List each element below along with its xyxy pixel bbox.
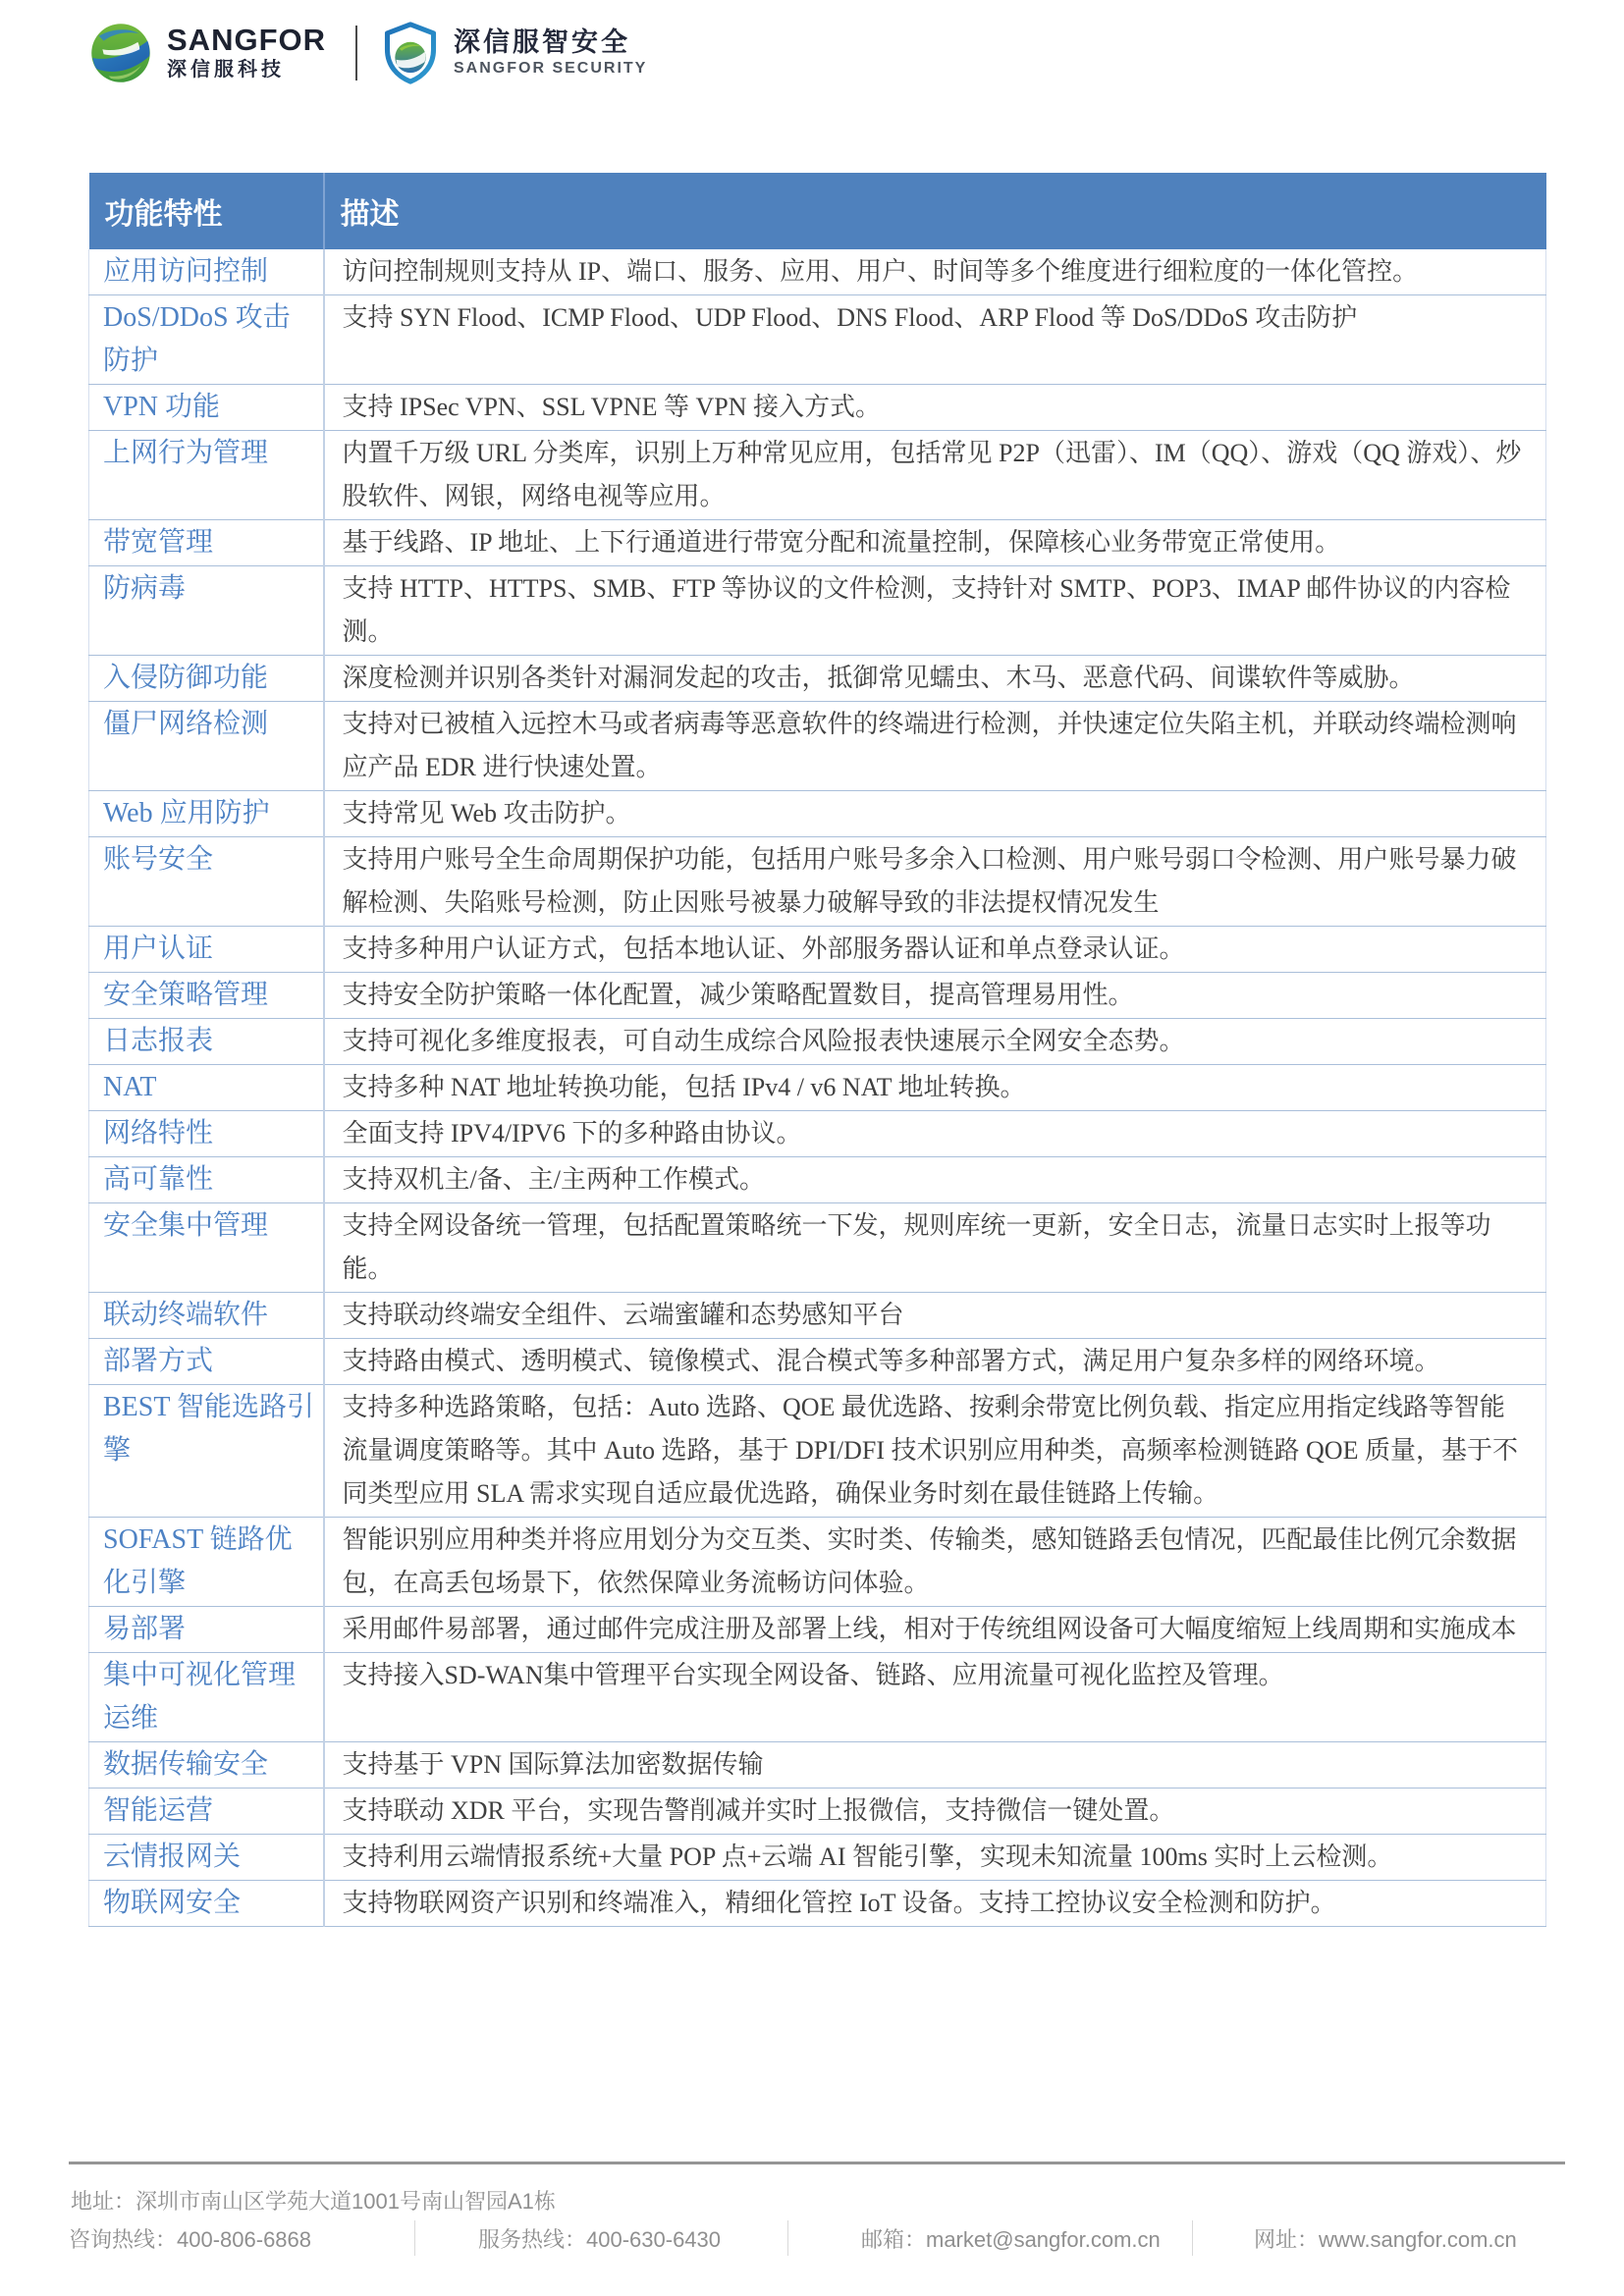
feature-cell: 账号安全: [89, 837, 324, 927]
brand-divider: [355, 26, 357, 80]
description-cell: 支持多种选路策略，包括：Auto 选路、QOE 最优选路、按剩余带宽比例负载、指…: [324, 1385, 1546, 1518]
feature-cell: VPN 功能: [89, 385, 324, 431]
table-row: 集中可视化管理运维 支持接入SD-WAN集中管理平台实现全网设备、链路、应用流量…: [89, 1653, 1546, 1742]
description-cell: 采用邮件易部署，通过邮件完成注册及部署上线，相对于传统组网设备可大幅度缩短上线周…: [324, 1607, 1546, 1653]
contact-hotline: 咨询热线：400-806-6868: [69, 2220, 415, 2256]
table-row: 云情报网关 支持利用云端情报系统+大量 POP 点+云端 AI 智能引擎，实现未…: [89, 1835, 1546, 1881]
contact-service-hotline: 服务热线：400-630-6430: [415, 2220, 788, 2256]
feature-cell: 防病毒: [89, 566, 324, 656]
sangfor-wordmark-block: SANGFOR 深信服科技: [167, 24, 326, 82]
description-cell: 支持安全防护策略一体化配置，减少策略配置数目，提高管理易用性。: [324, 973, 1546, 1019]
table-row: Web 应用防护 支持常见 Web 攻击防护。: [89, 791, 1546, 837]
feature-cell: 高可靠性: [89, 1157, 324, 1203]
table-row: 入侵防御功能 深度检测并识别各类针对漏洞发起的攻击，抵御常见蠕虫、木马、恶意代码…: [89, 656, 1546, 702]
description-cell: 支持可视化多维度报表，可自动生成综合风险报表快速展示全网安全态势。: [324, 1019, 1546, 1065]
description-cell: 智能识别应用种类并将应用划分为交互类、实时类、传输类，感知链路丢包情况，匹配最佳…: [324, 1518, 1546, 1607]
table-row: 安全策略管理 支持安全防护策略一体化配置，减少策略配置数目，提高管理易用性。: [89, 973, 1546, 1019]
table-row: 易部署 采用邮件易部署，通过邮件完成注册及部署上线，相对于传统组网设备可大幅度缩…: [89, 1607, 1546, 1653]
description-cell: 访问控制规则支持从 IP、端口、服务、应用、用户、时间等多个维度进行细粒度的一体…: [324, 249, 1546, 295]
description-cell: 内置千万级 URL 分类库，识别上万种常见应用，包括常见 P2P（迅雷）、IM（…: [324, 431, 1546, 520]
feature-cell: 数据传输安全: [89, 1742, 324, 1789]
footer-divider: [69, 2162, 1565, 2164]
feature-cell: 部署方式: [89, 1339, 324, 1385]
description-cell: 支持基于 VPN 国际算法加密数据传输: [324, 1742, 1546, 1789]
table-header-row: 功能特性 描述: [89, 173, 1546, 249]
feature-cell: 物联网安全: [89, 1881, 324, 1927]
contact-website: 网址：www.sangfor.com.cn: [1193, 2220, 1565, 2256]
table-row: 用户认证 支持多种用户认证方式，包括本地认证、外部服务器认证和单点登录认证。: [89, 927, 1546, 973]
table-row: 高可靠性 支持双机主/备、主/主两种工作模式。: [89, 1157, 1546, 1203]
description-cell: 支持物联网资产识别和终端准入，精细化管控 IoT 设备。支持工控协议安全检测和防…: [324, 1881, 1546, 1927]
description-cell: 支持对已被植入远控木马或者病毒等恶意软件的终端进行检测，并快速定位失陷主机，并联…: [324, 702, 1546, 791]
brand-header: SANGFOR 深信服科技 深信服智安全: [90, 22, 647, 84]
table-row: 僵尸网络检测 支持对已被植入远控木马或者病毒等恶意软件的终端进行检测，并快速定位…: [89, 702, 1546, 791]
feature-cell: 日志报表: [89, 1019, 324, 1065]
datasheet-page: SANGFOR 深信服科技 深信服智安全: [0, 0, 1624, 2296]
feature-cell: 智能运营: [89, 1789, 324, 1835]
footer-contacts: 咨询热线：400-806-6868 服务热线：400-630-6430 邮箱：m…: [69, 2220, 1565, 2256]
description-cell: 支持利用云端情报系统+大量 POP 点+云端 AI 智能引擎，实现未知流量 10…: [324, 1835, 1546, 1881]
sangfor-company-cn: 深信服科技: [167, 57, 326, 82]
security-name-cn: 深信服智安全: [454, 27, 647, 58]
description-cell: 基于线路、IP 地址、上下行通道进行带宽分配和流量控制，保障核心业务带宽正常使用…: [324, 520, 1546, 566]
security-wordmark-block: 深信服智安全 SANGFOR SECURITY: [454, 27, 647, 80]
feature-cell: 云情报网关: [89, 1835, 324, 1881]
feature-cell: 入侵防御功能: [89, 656, 324, 702]
feature-cell: NAT: [89, 1065, 324, 1111]
feature-cell: 应用访问控制: [89, 249, 324, 295]
footer-address: 地址：深圳市南山区学苑大道1001号南山智园A1栋: [71, 2185, 556, 2216]
sangfor-globe-icon: [90, 23, 151, 83]
table-row: VPN 功能 支持 IPSec VPN、SSL VPNE 等 VPN 接入方式。: [89, 385, 1546, 431]
table-row: 联动终端软件 支持联动终端安全组件、云端蜜罐和态势感知平台: [89, 1293, 1546, 1339]
table-row: 数据传输安全 支持基于 VPN 国际算法加密数据传输: [89, 1742, 1546, 1789]
table-header-description: 描述: [324, 173, 1546, 249]
feature-cell: 联动终端软件: [89, 1293, 324, 1339]
description-cell: 深度检测并识别各类针对漏洞发起的攻击，抵御常见蠕虫、木马、恶意代码、间谍软件等威…: [324, 656, 1546, 702]
table-row: 智能运营 支持联动 XDR 平台，实现告警削减并实时上报微信，支持微信一键处置。: [89, 1789, 1546, 1835]
description-cell: 支持常见 Web 攻击防护。: [324, 791, 1546, 837]
security-shield-icon: [383, 22, 438, 84]
feature-cell: 僵尸网络检测: [89, 702, 324, 791]
feature-cell: 上网行为管理: [89, 431, 324, 520]
description-cell: 支持 IPSec VPN、SSL VPNE 等 VPN 接入方式。: [324, 385, 1546, 431]
description-cell: 支持多种 NAT 地址转换功能，包括 IPv4 / v6 NAT 地址转换。: [324, 1065, 1546, 1111]
description-cell: 支持联动终端安全组件、云端蜜罐和态势感知平台: [324, 1293, 1546, 1339]
features-table: 功能特性 描述 应用访问控制 访问控制规则支持从 IP、端口、服务、应用、用户、…: [88, 173, 1546, 1927]
table-row: 防病毒 支持 HTTP、HTTPS、SMB、FTP 等协议的文件检测，支持针对 …: [89, 566, 1546, 656]
description-cell: 支持 SYN Flood、ICMP Flood、UDP Flood、DNS Fl…: [324, 295, 1546, 385]
contact-email: 邮箱：market@sangfor.com.cn: [788, 2220, 1193, 2256]
table-row: 带宽管理 基于线路、IP 地址、上下行通道进行带宽分配和流量控制，保障核心业务带…: [89, 520, 1546, 566]
table-row: 上网行为管理 内置千万级 URL 分类库，识别上万种常见应用，包括常见 P2P（…: [89, 431, 1546, 520]
feature-cell: DoS/DDoS 攻击防护: [89, 295, 324, 385]
description-cell: 支持全网设备统一管理，包括配置策略统一下发，规则库统一更新，安全日志，流量日志实…: [324, 1203, 1546, 1293]
description-cell: 支持用户账号全生命周期保护功能，包括用户账号多余入口检测、用户账号弱口令检测、用…: [324, 837, 1546, 927]
table-row: NAT 支持多种 NAT 地址转换功能，包括 IPv4 / v6 NAT 地址转…: [89, 1065, 1546, 1111]
feature-cell: 安全集中管理: [89, 1203, 324, 1293]
description-cell: 支持 HTTP、HTTPS、SMB、FTP 等协议的文件检测，支持针对 SMTP…: [324, 566, 1546, 656]
table-row: 应用访问控制 访问控制规则支持从 IP、端口、服务、应用、用户、时间等多个维度进…: [89, 249, 1546, 295]
feature-cell: SOFAST 链路优化引擎: [89, 1518, 324, 1607]
description-cell: 支持联动 XDR 平台，实现告警削减并实时上报微信，支持微信一键处置。: [324, 1789, 1546, 1835]
table-header-feature: 功能特性: [89, 173, 324, 249]
table-row: SOFAST 链路优化引擎 智能识别应用种类并将应用划分为交互类、实时类、传输类…: [89, 1518, 1546, 1607]
table-row: 网络特性 全面支持 IPV4/IPV6 下的多种路由协议。: [89, 1111, 1546, 1157]
table-row: BEST 智能选路引擎 支持多种选路策略，包括：Auto 选路、QOE 最优选路…: [89, 1385, 1546, 1518]
feature-cell: 用户认证: [89, 927, 324, 973]
feature-cell: 网络特性: [89, 1111, 324, 1157]
description-cell: 支持路由模式、透明模式、镜像模式、混合模式等多种部署方式，满足用户复杂多样的网络…: [324, 1339, 1546, 1385]
description-cell: 全面支持 IPV4/IPV6 下的多种路由协议。: [324, 1111, 1546, 1157]
table-row: DoS/DDoS 攻击防护 支持 SYN Flood、ICMP Flood、UD…: [89, 295, 1546, 385]
feature-cell: 带宽管理: [89, 520, 324, 566]
description-cell: 支持接入SD-WAN集中管理平台实现全网设备、链路、应用流量可视化监控及管理。: [324, 1653, 1546, 1742]
table-row: 部署方式 支持路由模式、透明模式、镜像模式、混合模式等多种部署方式，满足用户复杂…: [89, 1339, 1546, 1385]
table-row: 账号安全 支持用户账号全生命周期保护功能，包括用户账号多余入口检测、用户账号弱口…: [89, 837, 1546, 927]
table-row: 日志报表 支持可视化多维度报表，可自动生成综合风险报表快速展示全网安全态势。: [89, 1019, 1546, 1065]
feature-cell: 集中可视化管理运维: [89, 1653, 324, 1742]
sangfor-wordmark: SANGFOR: [167, 24, 326, 57]
table-row: 安全集中管理 支持全网设备统一管理，包括配置策略统一下发，规则库统一更新，安全日…: [89, 1203, 1546, 1293]
feature-cell: Web 应用防护: [89, 791, 324, 837]
security-name-en: SANGFOR SECURITY: [454, 58, 647, 80]
feature-cell: BEST 智能选路引擎: [89, 1385, 324, 1518]
description-cell: 支持多种用户认证方式，包括本地认证、外部服务器认证和单点登录认证。: [324, 927, 1546, 973]
description-cell: 支持双机主/备、主/主两种工作模式。: [324, 1157, 1546, 1203]
feature-cell: 易部署: [89, 1607, 324, 1653]
feature-cell: 安全策略管理: [89, 973, 324, 1019]
table-row: 物联网安全 支持物联网资产识别和终端准入，精细化管控 IoT 设备。支持工控协议…: [89, 1881, 1546, 1927]
